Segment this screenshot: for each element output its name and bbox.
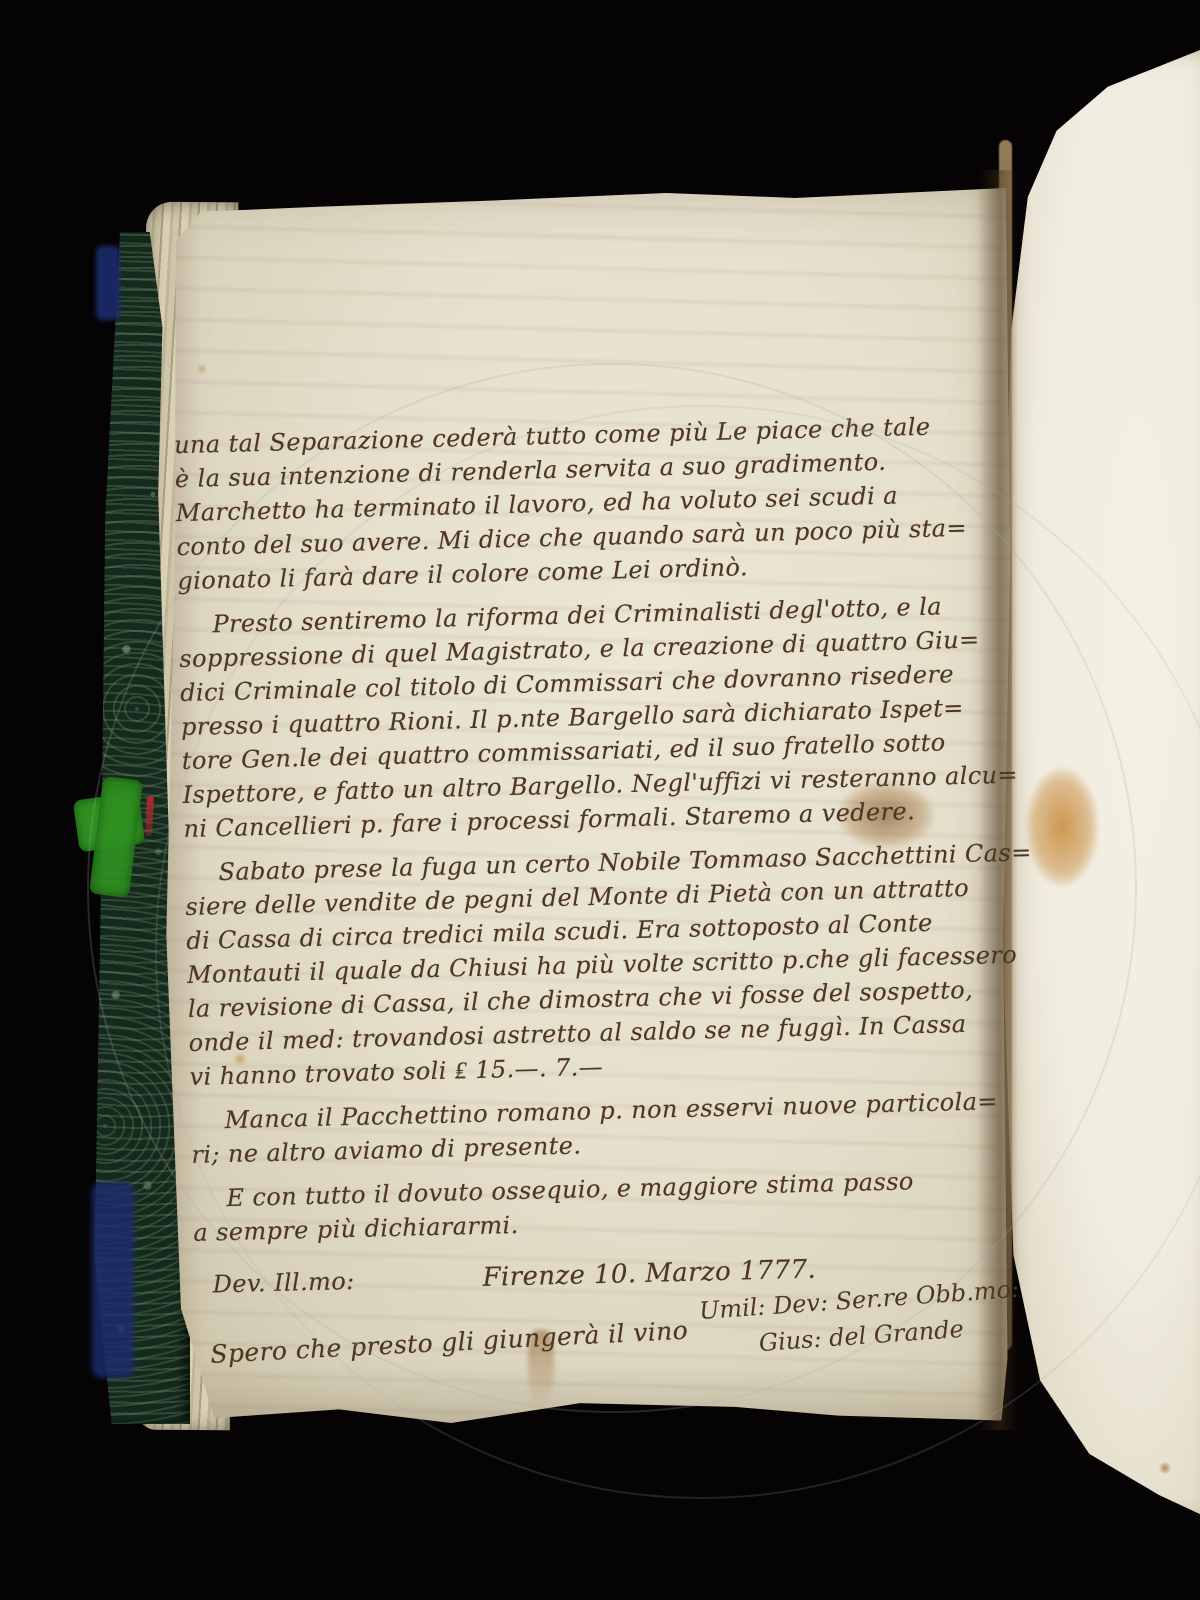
ribbon-marker [70, 778, 142, 896]
closing-formula: Dev. Ill.mo: [194, 1264, 355, 1302]
cover-blue-patch-bottom [92, 1182, 134, 1378]
photo-background: una tal Separazione cederà tutto come pi… [0, 0, 1200, 1600]
ribbon-tail [89, 776, 143, 898]
fox-spot [1158, 1462, 1172, 1474]
stain-oval [1026, 768, 1098, 886]
cover-blue-patch-top [96, 246, 120, 320]
letter-body: una tal Separazione cederà tutto come pi… [174, 408, 1015, 1362]
fox-spot [196, 364, 208, 374]
facing-blank-page [995, 50, 1200, 1520]
